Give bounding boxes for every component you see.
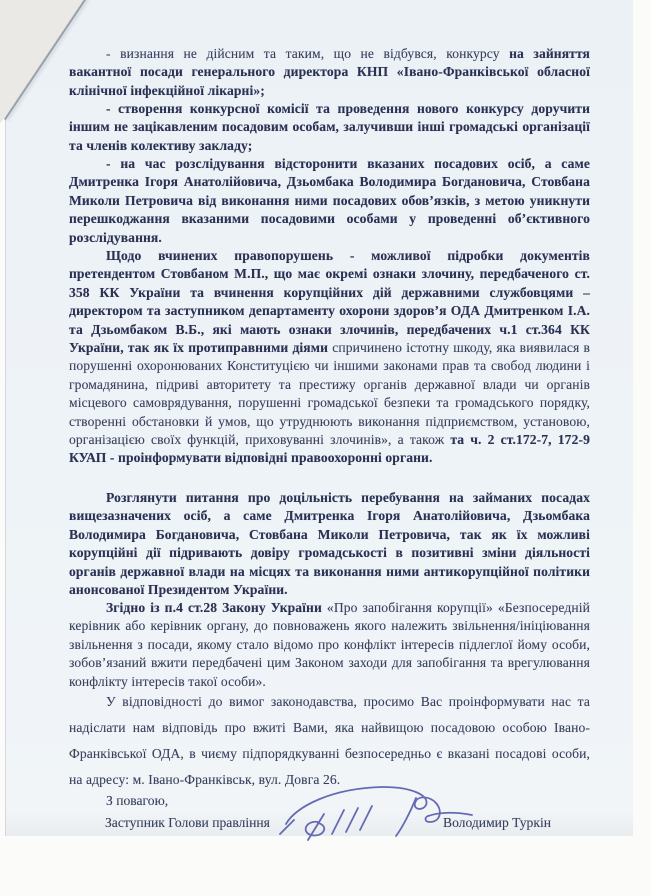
closing-salutation: З повагою, xyxy=(106,793,168,809)
scanned-letter-page: { "page": { "kind": "scanned official le… xyxy=(0,0,651,896)
paragraph-law-citation: Згідно із п.4 ст.28 Закону України «Про … xyxy=(69,599,590,691)
letter-paper: - визнання не дійсним та таким, що не ві… xyxy=(5,0,633,836)
paragraph-demand-suspend-officials: - на час розслідування відсторонити вказ… xyxy=(69,155,590,247)
signer-title: Заступник Голови правління xyxy=(105,815,270,831)
handwritten-signature xyxy=(278,778,478,848)
paragraph-consider-dismissal: Розглянути питання про доцільність переб… xyxy=(69,489,590,599)
paragraph-demand-invalidate-contest: - визнання не дійсним та таким, що не ві… xyxy=(69,45,590,100)
paragraph-demand-new-commission: - створення конкурсної комісії та провед… xyxy=(69,100,590,155)
paragraph-offences-description: Щодо вчинених правопорушень - можливої п… xyxy=(69,247,590,468)
